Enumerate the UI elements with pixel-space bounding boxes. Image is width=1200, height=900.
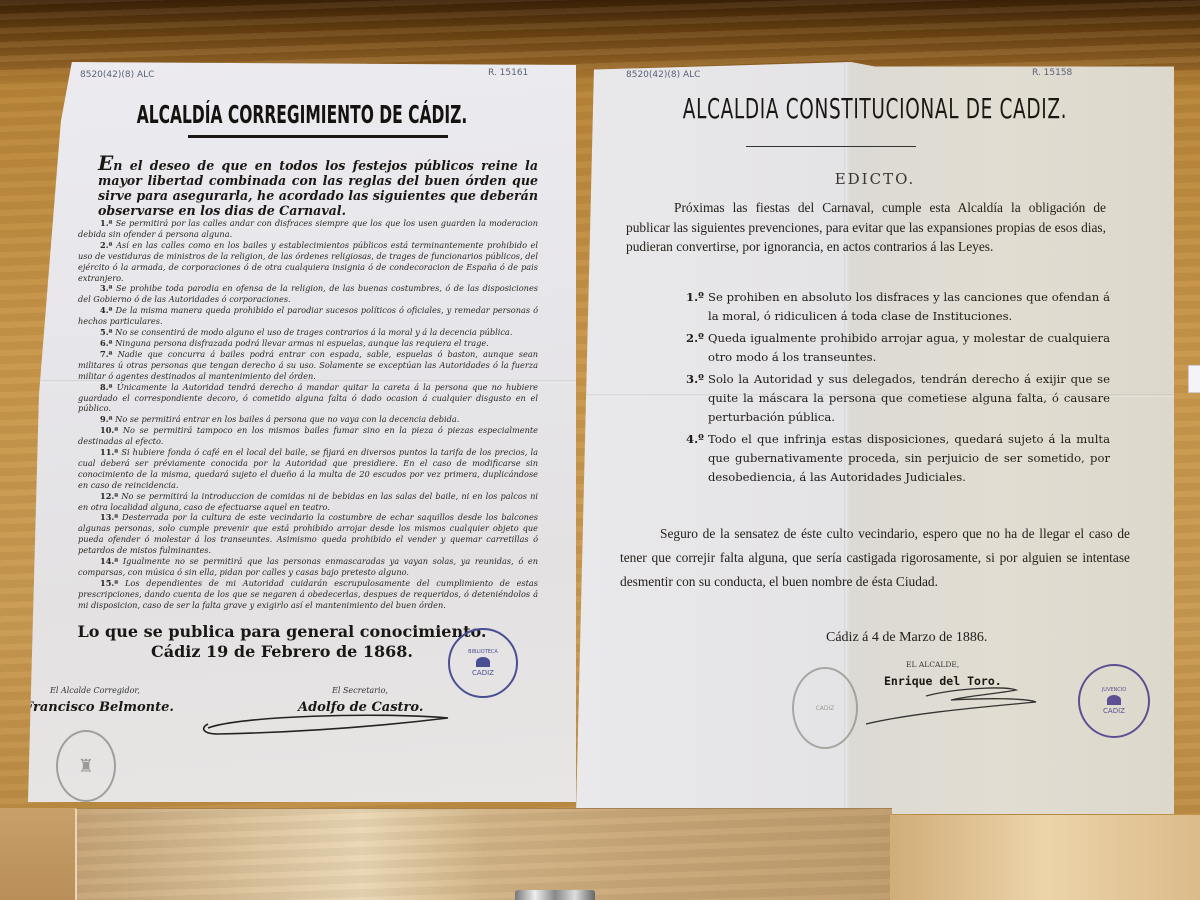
- signatory-role: El Secretario,: [332, 686, 388, 695]
- library-stamp: JUVENCIOCADIZ: [1078, 664, 1150, 738]
- signatory-name: Francisco Belmonte.: [24, 700, 174, 715]
- signature-flourish: [198, 710, 458, 740]
- display-drawer-front: [75, 808, 892, 900]
- signatory-role: EL ALCALDE,: [906, 660, 959, 669]
- rule-item: 14.ª Igualmente no se permitirá que las …: [78, 556, 538, 578]
- closing-paragraph: Seguro de la sensatez de éste culto veci…: [620, 522, 1130, 594]
- rule-item: 4.ª De la misma manera queda prohibido e…: [78, 305, 538, 327]
- document-title: ALCALDIA CONSTITUCIONAL DE CADIZ.: [678, 92, 1073, 125]
- rules-list: 1.ºSe prohiben en absoluto los disfraces…: [686, 288, 1110, 490]
- rule-item: 6.ª Ninguna persona disfrazada podrá lle…: [78, 338, 538, 349]
- rule-item: 8.ª Únicamente la Autoridad tendrá derec…: [78, 382, 538, 415]
- drop-cap: E: [98, 151, 113, 175]
- rule-item: 11.ª Si hubiere fonda ó café en el local…: [78, 447, 538, 491]
- rule-item: 2.ª Así en las calles como en los bailes…: [78, 240, 538, 284]
- rule-item: 5.ª No se consentirá de modo alguno el u…: [78, 327, 538, 338]
- drawer-handle[interactable]: [515, 890, 595, 900]
- rule-item: 3.ª Se prohibe toda parodia en ofensa de…: [78, 283, 538, 305]
- document-title: ALCALDÍA CORREGIMIENTO DE CÁDIZ.: [132, 100, 472, 129]
- rules-list: 1.ª Se permitirá por las calles andar co…: [78, 218, 538, 611]
- reference-number: R. 15158: [1032, 68, 1072, 78]
- title-rule: [188, 135, 448, 138]
- left-edict-document: 8520(42)(8) ALC R. 15161 ALCALDÍA CORREG…: [28, 62, 576, 802]
- date-line: Cádiz á 4 de Marzo de 1886.: [826, 630, 987, 646]
- rule-item: 2.ºQueda igualmente prohibido arrojar ag…: [686, 329, 1110, 367]
- intro-paragraph: Próximas las fiestas del Carnaval, cumpl…: [626, 198, 1106, 257]
- signature-flourish: [856, 682, 1056, 732]
- side-label-tab: [1188, 365, 1200, 393]
- faded-seal-icon: CADIZ: [792, 667, 858, 749]
- case-frame-right: [890, 815, 1200, 900]
- case-frame-left: [0, 808, 75, 900]
- rule-item: 13.ª Desterrada por la cultura de este v…: [78, 512, 538, 556]
- signatory-role: El Alcalde Corregidor,: [50, 686, 140, 695]
- library-stamp: BIBLIOTECACADIZ: [448, 628, 518, 698]
- rule-item: 7.ª Nadie que concurra á bailes podrá en…: [78, 349, 538, 382]
- catalog-mark: 8520(42)(8) ALC: [80, 70, 154, 80]
- catalog-mark: 8520(42)(8) ALC: [626, 70, 700, 80]
- rule-item: 3.ºSolo la Autoridad y sus delegados, te…: [686, 370, 1110, 427]
- rule-item: 9.ª No se permitirá entrar en los bailes…: [78, 414, 538, 425]
- rule-item: 1.ºSe prohiben en absoluto los disfraces…: [686, 288, 1110, 326]
- title-rule: [746, 146, 916, 147]
- intro-paragraph: En el deseo de que en todos los festejos…: [98, 156, 538, 218]
- rule-item: 1.ª Se permitirá por las calles andar co…: [78, 218, 538, 240]
- rule-item: 12.ª No se permitirá la introduccion de …: [78, 491, 538, 513]
- rule-item: 4.ºTodo el que infrinja estas disposicio…: [686, 430, 1110, 487]
- municipal-seal-icon: ♜: [56, 730, 116, 802]
- rule-item: 10.ª No se permitirá tampoco en los mism…: [78, 425, 538, 447]
- rule-item: 15.ª Los dependientes de mi Autoridad cu…: [78, 578, 538, 611]
- right-edict-document: 8520(42)(8) ALC R. 15158 ALCALDIA CONSTI…: [576, 62, 1174, 814]
- edict-heading: EDICTO.: [576, 170, 1174, 188]
- reference-number: R. 15161: [488, 68, 528, 78]
